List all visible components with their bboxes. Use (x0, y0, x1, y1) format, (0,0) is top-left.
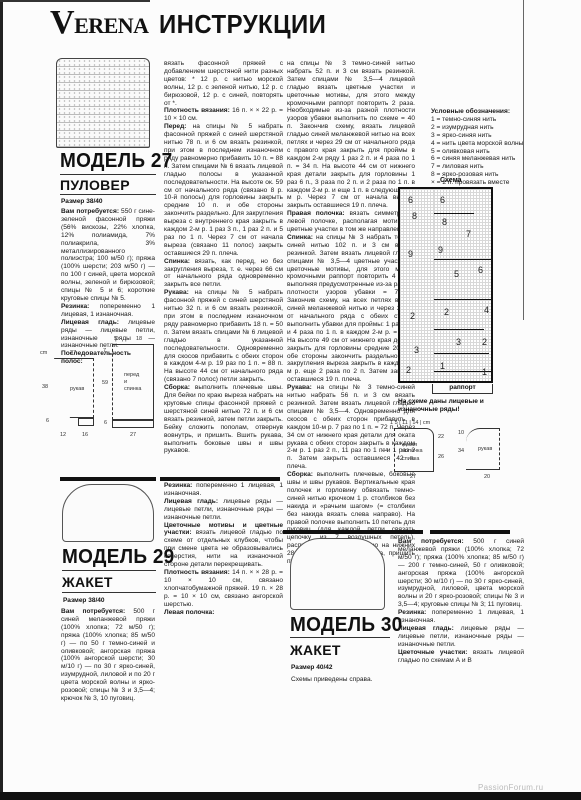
chart-color-code: 1 (440, 361, 445, 371)
chart-color-code: 3 (414, 345, 419, 355)
model-29-size: Размер 38/40 (63, 597, 104, 604)
dim-label: 7 (103, 348, 106, 354)
chart-color-code: 6 (478, 265, 483, 275)
text: на спицы № 5 набрать фасонной пряжей с с… (164, 123, 283, 257)
label: Сборка: (164, 384, 190, 391)
divider (62, 570, 156, 571)
dim-label: 27 (70, 350, 76, 356)
chart-motif-line (434, 299, 492, 300)
text: 500 г синей меланжевой пряжи (100% хлопк… (61, 608, 155, 702)
label: Правая полочка: (287, 210, 345, 217)
chart-motif-line (434, 213, 474, 214)
dim-label: 38 (42, 384, 48, 390)
section-divider (430, 530, 510, 534)
chart-motif-line (434, 329, 484, 330)
dim-label: 22 (438, 434, 444, 440)
dim-label: 6 (46, 418, 49, 424)
label: Резинка: (61, 303, 89, 310)
text: выполнить плечевые швы. Для бейки по кра… (164, 384, 283, 454)
divider (62, 592, 156, 593)
front-label: спинка (402, 456, 419, 462)
label: Спинка: (164, 258, 190, 265)
divider (60, 174, 156, 175)
label: Лицевая гладь: (398, 625, 454, 632)
dim-label: 59 (102, 380, 108, 386)
dim-label: 20 (484, 474, 490, 480)
model-29-legend: Условные обозначения: 1 = темно-синяя ни… (431, 60, 524, 195)
legend-title: Условные обозначения: (431, 108, 510, 115)
legend-item: 1 = темно-синяя нить (431, 116, 524, 124)
label: Плотность вязания: (164, 569, 230, 576)
sleeve-cuff (78, 418, 94, 426)
page-header: VERENA ИНСТРУКЦИИ (50, 4, 340, 38)
body-label: и (124, 379, 127, 385)
model-30-size: Размер 40/42 (291, 664, 332, 671)
body-rib (112, 420, 154, 428)
label: Лицевая гладь: (61, 319, 119, 326)
text: на спицы № 3 темно-синей нитью набрать 5… (287, 60, 415, 209)
chart-motif-line (434, 259, 492, 260)
sleeve-label: рукав (70, 386, 84, 392)
chart-color-code: 2 (410, 311, 415, 321)
model-30-title: МОДЕЛЬ 30 (290, 614, 403, 637)
label: Вам потребуется: (398, 538, 464, 545)
label: Резинка: (398, 609, 426, 616)
jacket-30-illustration (290, 538, 385, 610)
chart-color-code: 9 (408, 249, 413, 259)
label: Спинка: (287, 234, 313, 241)
chart-color-code: 9 (438, 245, 443, 255)
chart-caption: На схеме даны лицевые и изнаночные ряды! (398, 398, 508, 414)
text: на спицы № 3 набрать темно-синей нитью 1… (287, 234, 415, 383)
color-chart-left: 6 8 9 2 3 2 (398, 187, 434, 383)
model-27-title: МОДЕЛЬ 27 (60, 150, 173, 173)
legend-item: 5 = оливковая нить (431, 148, 524, 156)
text: вязать фасонной пряжей с добавлением шер… (164, 60, 283, 107)
label: Плотность вязания: (164, 107, 230, 114)
page-title: ИНСТРУКЦИИ (159, 9, 326, 40)
model-30-materials: Вам потребуется: 500 г синей меланжевой … (398, 538, 524, 665)
label: Рукава: (287, 384, 312, 391)
sleeve-label: рукав (478, 446, 492, 452)
chart-color-code: 3 (456, 337, 461, 347)
divider (60, 194, 156, 195)
model-27-subtitle: ПУЛОВЕР (60, 177, 130, 193)
scan-edge-bottom (0, 792, 581, 800)
dim-label: 27 (410, 474, 416, 480)
body-label: спинка (124, 386, 141, 392)
chart-heading: Схема (440, 177, 462, 184)
divider (290, 637, 390, 638)
model-29-materials: Вам потребуется: 500 г синей меланжевой … (61, 608, 155, 703)
label: Сборка: (287, 471, 313, 478)
legend-item: 2 = изумрудная нить (431, 124, 524, 132)
dim-label: 26 (438, 454, 444, 460)
label: Левая полочка: (164, 609, 214, 616)
pullover-illustration (56, 58, 150, 148)
model-29-title: МОДЕЛЬ 29 (62, 546, 175, 569)
jacket-illustration (62, 484, 154, 542)
chart-color-code: 2 (406, 365, 411, 375)
rapport-label: раппорт (432, 384, 493, 394)
model-29-instructions-1: Резинка: попеременно 1 лицевая, 1 изнано… (164, 482, 283, 616)
dim-label: 34 (458, 448, 464, 454)
chart-color-code: 8 (442, 217, 447, 227)
label: Перед: (164, 123, 186, 130)
label: Вам потребуется: (61, 208, 119, 215)
model-29-subtitle: ЖАКЕТ (62, 574, 113, 590)
chart-color-code: 2 (444, 307, 449, 317)
brand-rest: ERENA (74, 13, 149, 38)
front-label: полочка (402, 448, 423, 454)
text: 500 г синей меланжевой пряжи (100% хлопк… (398, 538, 524, 608)
label: Рукава: (164, 289, 189, 296)
magazine-page: VERENA ИНСТРУКЦИИ МОДЕЛЬ 27 ПУЛОВЕР Разм… (0, 0, 581, 800)
chart-color-code: 6 (408, 195, 413, 205)
chart-motif-line (434, 353, 489, 354)
label: Резинка: (164, 482, 192, 489)
chart-color-code: 8 (412, 211, 417, 221)
dim-label: 10 (458, 430, 464, 436)
dim-label: 27 (130, 432, 136, 438)
color-chart: 6 8 7 9 5 6 2 4 3 2 1 1 (432, 187, 493, 383)
label: Лицевая гладь: (164, 498, 218, 505)
model-27-instructions: вязать фасонной пряжей с добавлением шер… (164, 60, 283, 455)
chart-color-code: 1 (482, 367, 487, 377)
pattern-dots (57, 59, 149, 147)
body-label: перед (124, 372, 139, 378)
chart-color-code: 2 (482, 337, 487, 347)
section-divider (283, 530, 423, 534)
chart-color-code: 6 (440, 195, 445, 205)
section-divider (60, 477, 156, 481)
model-30-note: Схемы приведены справа. (291, 676, 401, 684)
text (214, 609, 216, 616)
brand-initial: V (50, 4, 74, 41)
model-29-instructions-2: на спицы № 3 темно-синей нитью набрать 5… (287, 60, 415, 566)
dim-label: 5 (114, 336, 117, 342)
unit-label: cm (40, 350, 47, 356)
legend-item: 6 = синяя меланжевая нить (431, 155, 524, 163)
model-27-size: Размер 38/40 (61, 198, 102, 205)
body-shape (112, 344, 154, 420)
chart-color-code: 7 (466, 229, 471, 239)
dim-label: 44 (382, 448, 388, 454)
legend-item: 3 = ярко-синяя нить (431, 132, 524, 140)
chart-color-code: 4 (484, 305, 489, 315)
section-divider (160, 477, 280, 481)
watermark: PassionForum.ru (478, 783, 543, 792)
dim-label: 16 (82, 432, 88, 438)
text: 550 г сине-зеленой фасонной пряжи (56% в… (61, 208, 155, 302)
model-29-schematic: 1 5 | 11 | 14 | cm 44 левая полочка спин… (380, 420, 530, 480)
dim-label: 6 (104, 420, 107, 426)
legend-item: 7 = лиловая нить (431, 163, 524, 171)
dim-label: 12 (60, 432, 66, 438)
dim-label: 1 5 | 11 | 14 | cm (390, 420, 430, 426)
text: на спицы № 5 набрать фасонной пряжей с с… (164, 289, 283, 383)
brand-logo: VERENA (50, 4, 149, 42)
dim-label: 18 (136, 336, 142, 342)
model-30-subtitle: ЖАКЕТ (290, 642, 341, 658)
scan-edge (0, 0, 3, 800)
model-27-schematic: cm 27 38 рукав 6 12 16 5 18 7 59 перед и… (40, 340, 160, 460)
chart-color-code: 5 (454, 269, 459, 279)
label: Цветочные участки: (398, 649, 468, 656)
legend-item: 4 = нить цвета морской волны (431, 140, 524, 148)
label: Вам потребуется: (61, 608, 125, 615)
